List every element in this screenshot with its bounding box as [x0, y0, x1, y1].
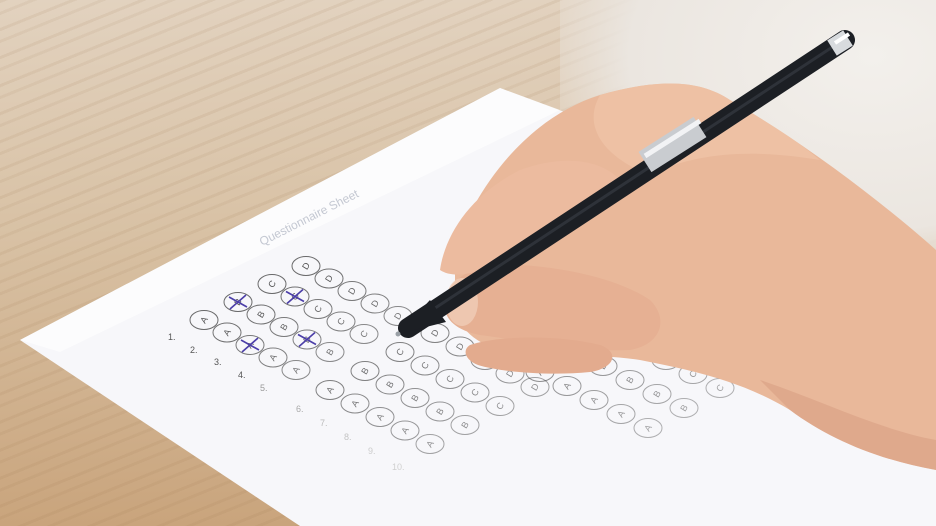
svg-text:5.: 5. [260, 383, 268, 393]
answer-sheet-illustration: Questionnaire Sheet 1. 2. 3. 4. 5. 6. 7.… [0, 0, 936, 526]
svg-text:3.: 3. [214, 357, 222, 367]
svg-text:6.: 6. [296, 404, 304, 414]
svg-text:8.: 8. [344, 432, 352, 442]
svg-text:1.: 1. [168, 332, 176, 342]
photo-scene: Questionnaire Sheet 1. 2. 3. 4. 5. 6. 7.… [0, 0, 936, 526]
svg-text:4.: 4. [238, 370, 246, 380]
svg-text:7.: 7. [320, 418, 328, 428]
svg-text:9.: 9. [368, 446, 376, 456]
svg-text:2.: 2. [190, 345, 198, 355]
svg-text:10.: 10. [392, 462, 405, 472]
